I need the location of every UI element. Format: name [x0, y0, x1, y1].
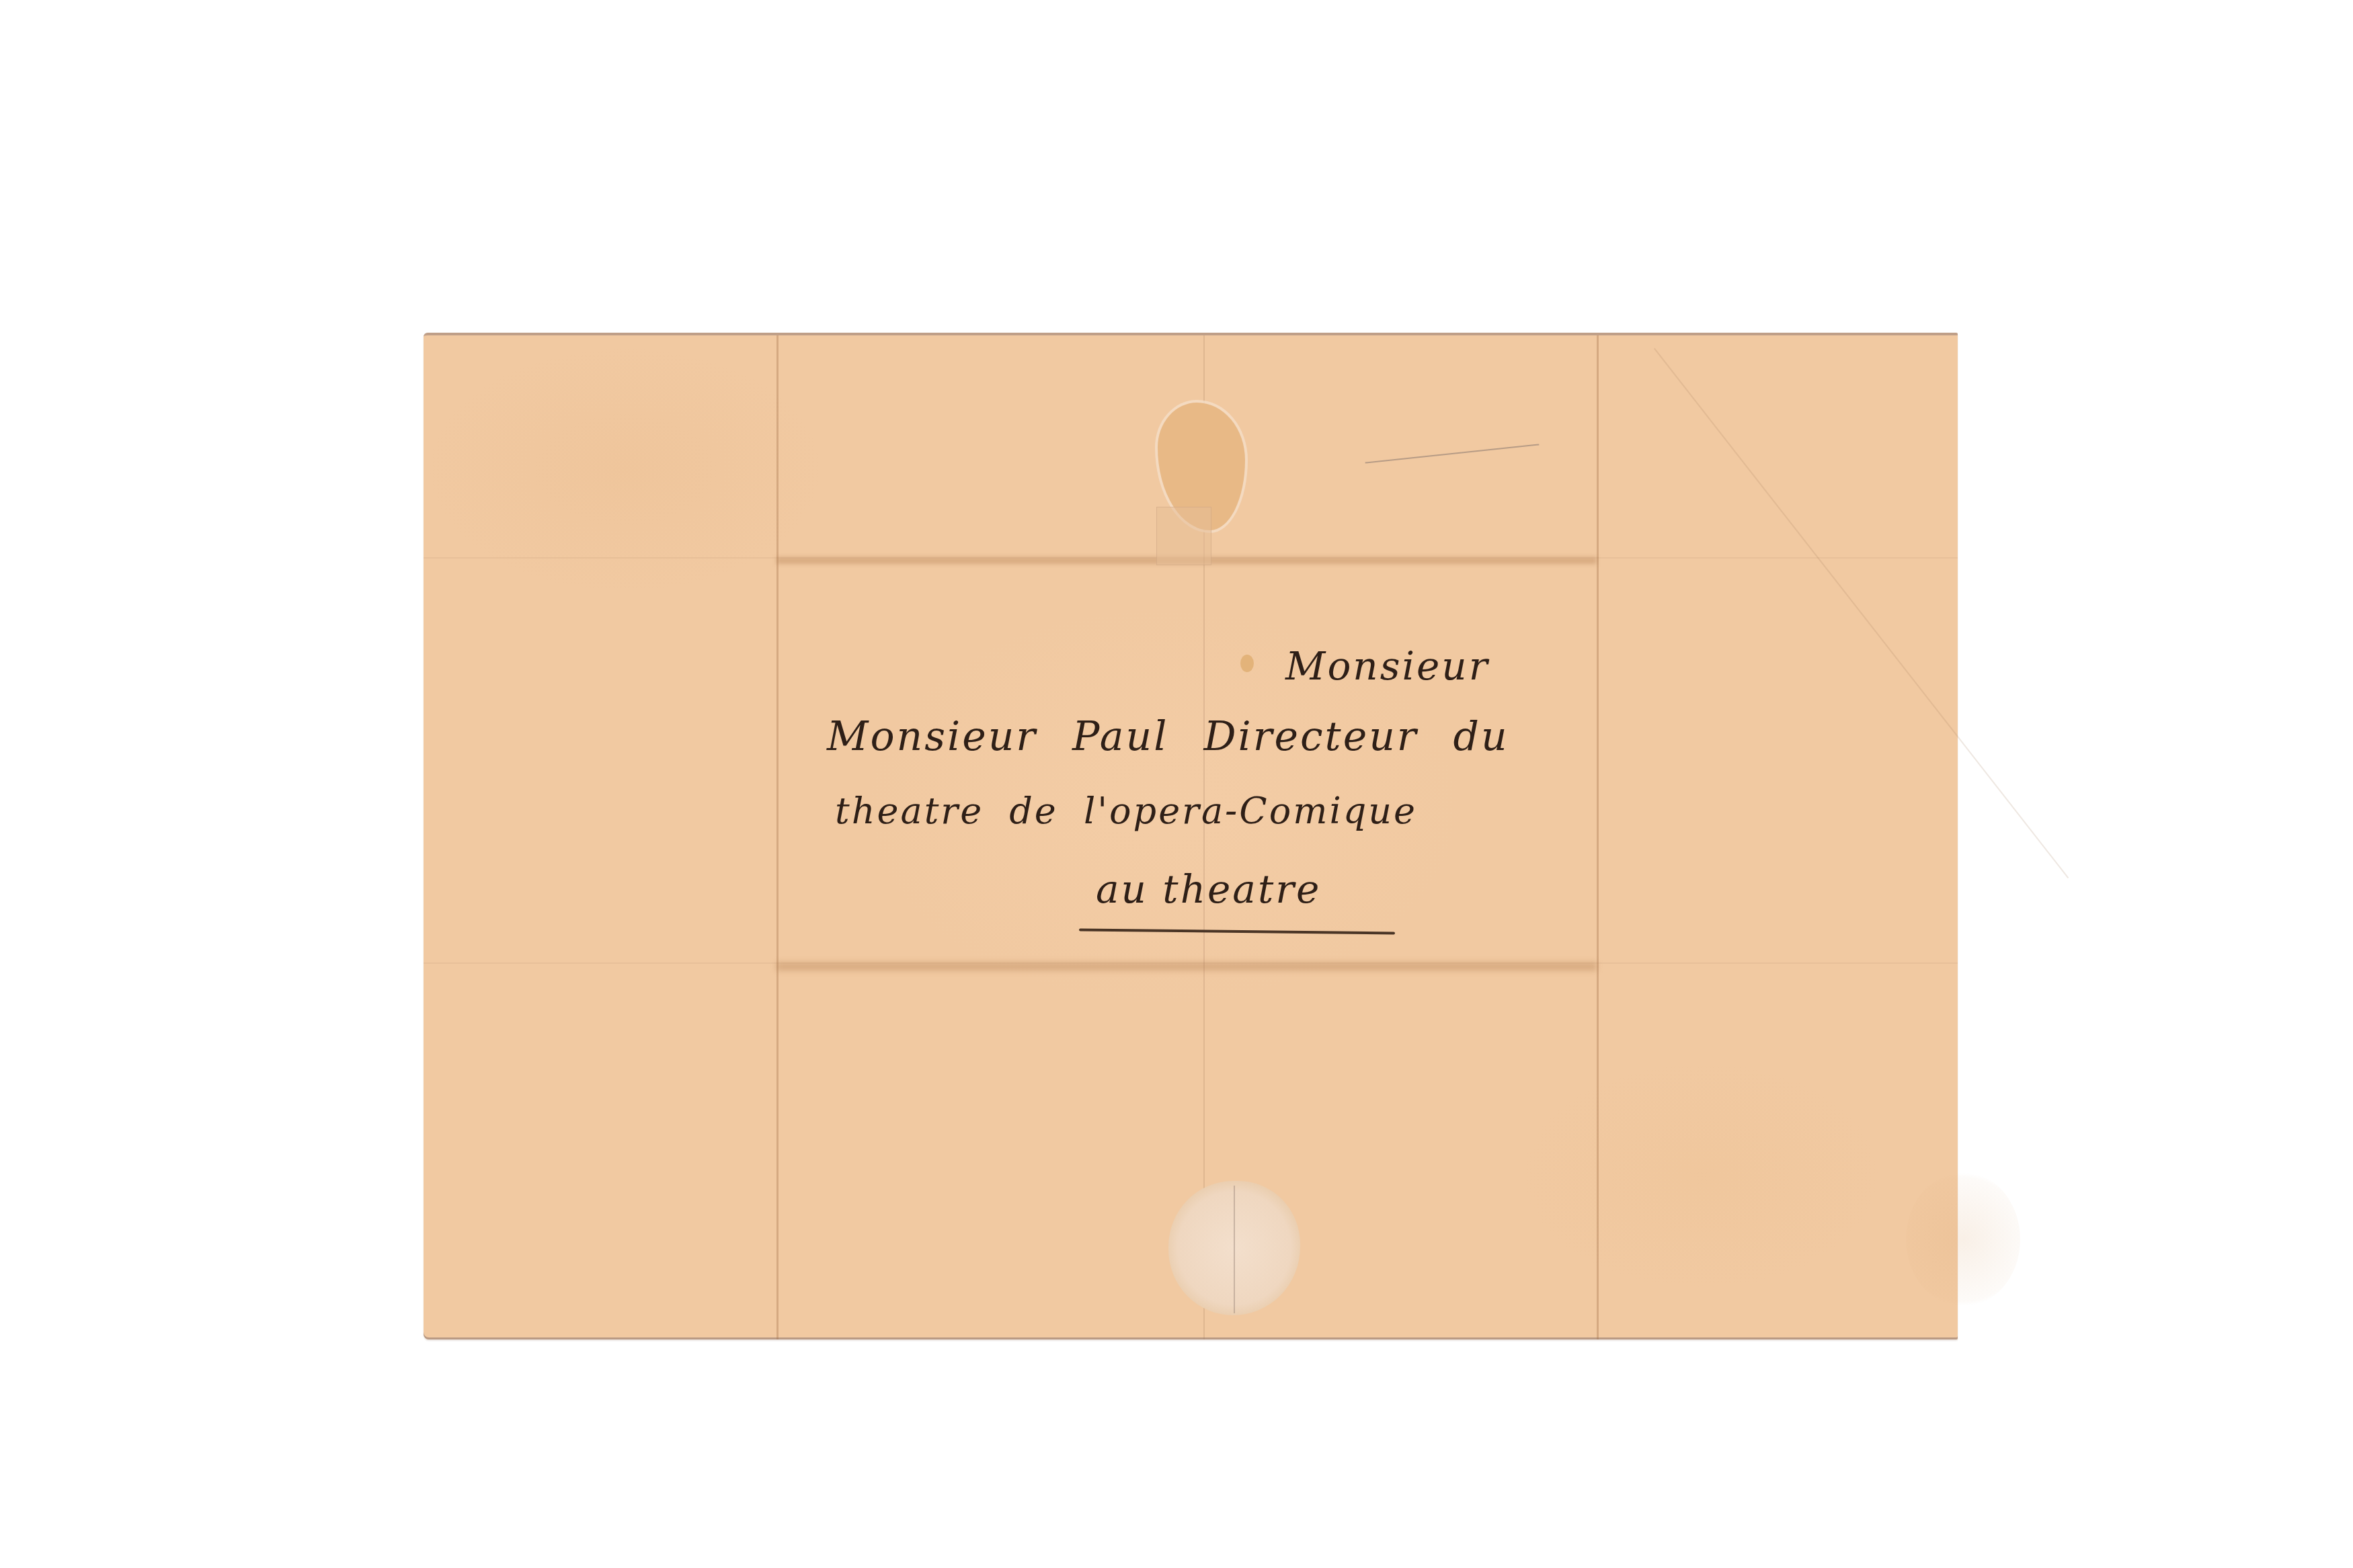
address-line-2: theatre de l'opera-Comique	[835, 790, 1417, 832]
folded-letter: Monsieur Monsieur Paul Directeur du thea…	[424, 333, 1958, 1339]
address-salutation: Monsieur	[1285, 643, 1489, 689]
fold-line-right	[1597, 335, 1599, 1339]
pencil-mark	[1365, 444, 1540, 463]
ink-stain	[1240, 655, 1254, 672]
address-line-1: Monsieur Paul Directeur du	[827, 713, 1509, 760]
address-line-3: au theatre	[1096, 866, 1321, 912]
fold-line-bottom	[776, 962, 1597, 971]
paper-repair-patch	[1156, 507, 1211, 565]
faint-seal-impression	[1906, 1172, 2020, 1307]
address-underline	[1079, 929, 1395, 935]
diagonal-crease	[1654, 348, 2069, 878]
fold-line-left	[776, 335, 779, 1339]
seal-crack	[1234, 1186, 1235, 1313]
